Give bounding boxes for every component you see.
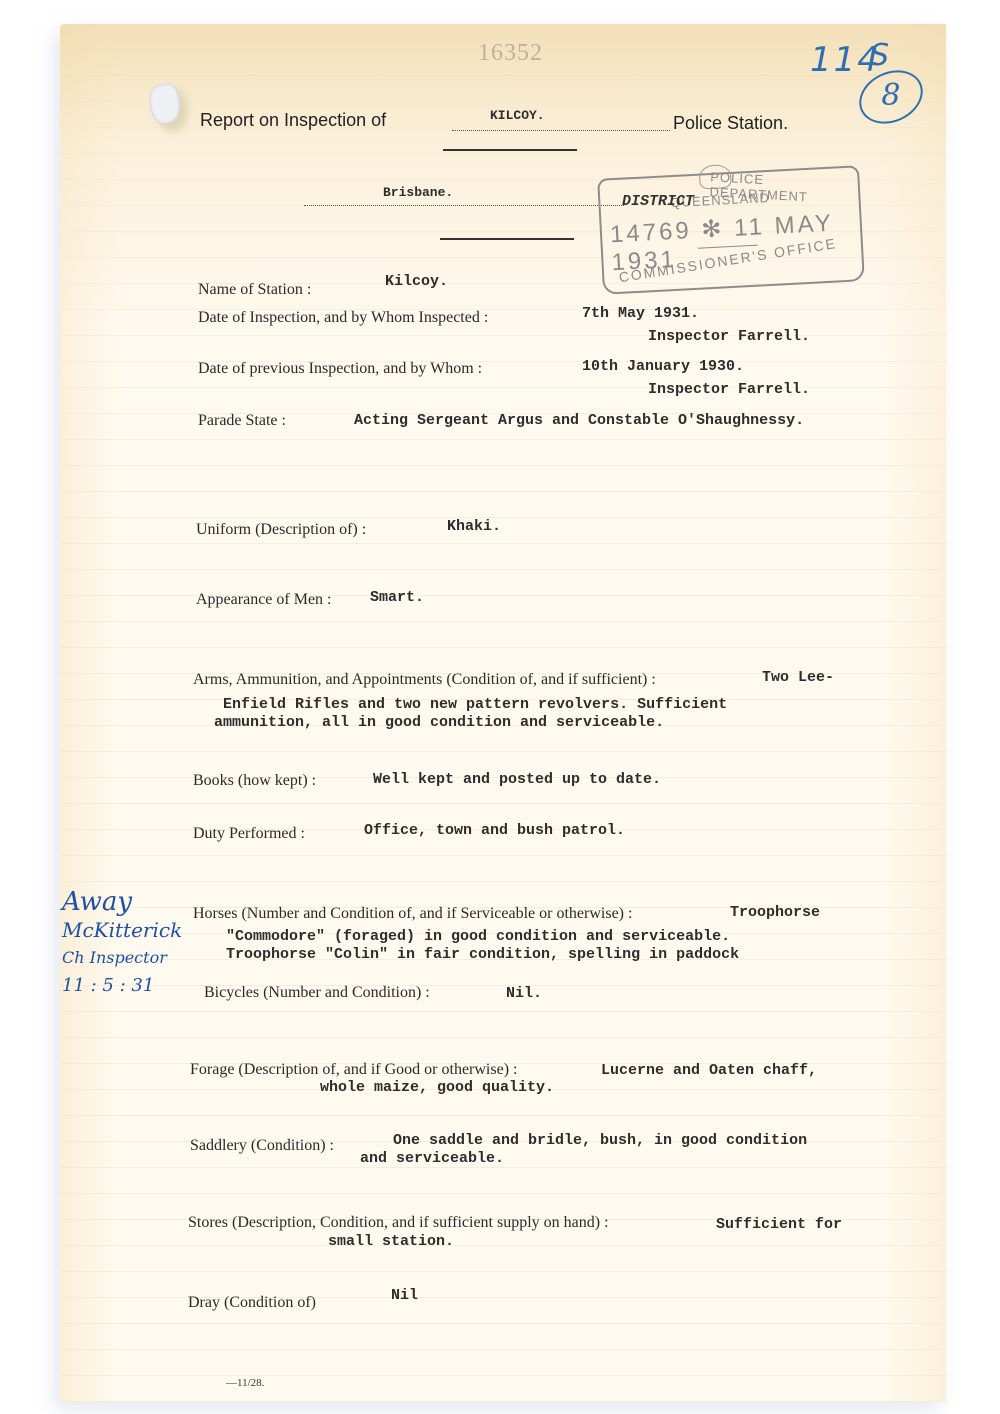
label-bicycles: Bicycles (Number and Condition) : (204, 984, 430, 1002)
value-date-of-inspection: 7th May 1931. (582, 305, 699, 322)
received-stamp: POLICE DEPARTMENT QUEENSLAND 14769 ✻ 11 … (597, 165, 865, 295)
margin-note-line4: 11 : 5 : 31 (62, 972, 182, 1000)
value-forage-1: Lucerne and Oaten chaff, (601, 1062, 817, 1079)
value-stores-2: small station. (328, 1233, 454, 1250)
value-appearance: Smart. (370, 589, 424, 606)
label-parade-state: Parade State : (198, 412, 286, 430)
label-name-of-station: Name of Station : (198, 281, 311, 299)
label-horses: Horses (Number and Condition of, and if … (193, 905, 632, 923)
circled-number: 8 (881, 78, 900, 113)
value-duty: Office, town and bush patrol. (364, 822, 625, 839)
value-previous-inspected-by: Inspector Farrell. (648, 381, 810, 398)
district-rule (440, 238, 574, 240)
value-books: Well kept and posted up to date. (373, 771, 661, 788)
value-saddlery-2: and serviceable. (360, 1150, 504, 1167)
report-title-suffix: Police Station. (673, 113, 788, 134)
value-horses-3: Troophorse "Colin" in fair condition, sp… (226, 946, 739, 963)
label-stores: Stores (Description, Condition, and if s… (188, 1214, 609, 1232)
report-title-prefix: Report on Inspection of (200, 110, 386, 131)
value-horses-2: "Commodore" (foraged) in good condition … (226, 928, 730, 945)
value-bicycles: Nil. (506, 985, 542, 1002)
value-forage-2: whole maize, good quality. (320, 1079, 554, 1096)
margin-note-line3: Ch Inspector (62, 944, 182, 972)
handwritten-ref-letter: S (870, 38, 889, 73)
form-footer-code: —11/28. (226, 1377, 264, 1389)
district-value: Brisbane. (383, 185, 453, 200)
label-forage: Forage (Description of, and if Good or o… (190, 1061, 517, 1079)
value-name-of-station: Kilcoy. (385, 273, 448, 290)
district-dotted-line (304, 205, 624, 206)
station-dotted-line (452, 130, 670, 131)
label-saddlery: Saddlery (Condition) : (190, 1137, 334, 1155)
margin-note-line2: McKitterick (62, 916, 182, 944)
value-arms-3: ammunition, all in good condition and se… (214, 714, 664, 731)
station-name-typed: KILCOY. (490, 108, 545, 123)
label-appearance: Appearance of Men : (196, 591, 332, 609)
value-arms-1: Two Lee- (762, 669, 834, 686)
value-dray: Nil (391, 1287, 418, 1304)
value-horses-1: Troophorse (730, 904, 820, 921)
label-duty: Duty Performed : (193, 825, 305, 843)
value-parade-state: Acting Sergeant Argus and Constable O'Sh… (354, 412, 804, 429)
header-rule (443, 149, 577, 151)
label-previous-inspection: Date of previous Inspection, and by Whom… (198, 360, 482, 378)
value-saddlery-1: One saddle and bridle, bush, in good con… (393, 1132, 807, 1149)
label-books: Books (how kept) : (193, 772, 316, 790)
value-stores-1: Sufficient for (716, 1216, 842, 1233)
label-date-of-inspection: Date of Inspection, and by Whom Inspecte… (198, 309, 488, 327)
value-arms-2: Enfield Rifles and two new pattern revol… (223, 696, 727, 713)
value-uniform: Khaki. (447, 518, 501, 535)
margin-handwritten-note: Away McKitterick Ch Inspector 11 : 5 : 3… (62, 888, 182, 1000)
district-label: DISTRICT (622, 193, 694, 210)
margin-note-line1: Away (62, 888, 182, 916)
value-inspected-by: Inspector Farrell. (648, 328, 810, 345)
serial-number: 16352 (478, 40, 543, 67)
label-uniform: Uniform (Description of) : (196, 521, 366, 539)
label-arms: Arms, Ammunition, and Appointments (Cond… (193, 671, 656, 689)
label-dray: Dray (Condition of) (188, 1294, 316, 1312)
value-previous-inspection: 10th January 1930. (582, 358, 744, 375)
